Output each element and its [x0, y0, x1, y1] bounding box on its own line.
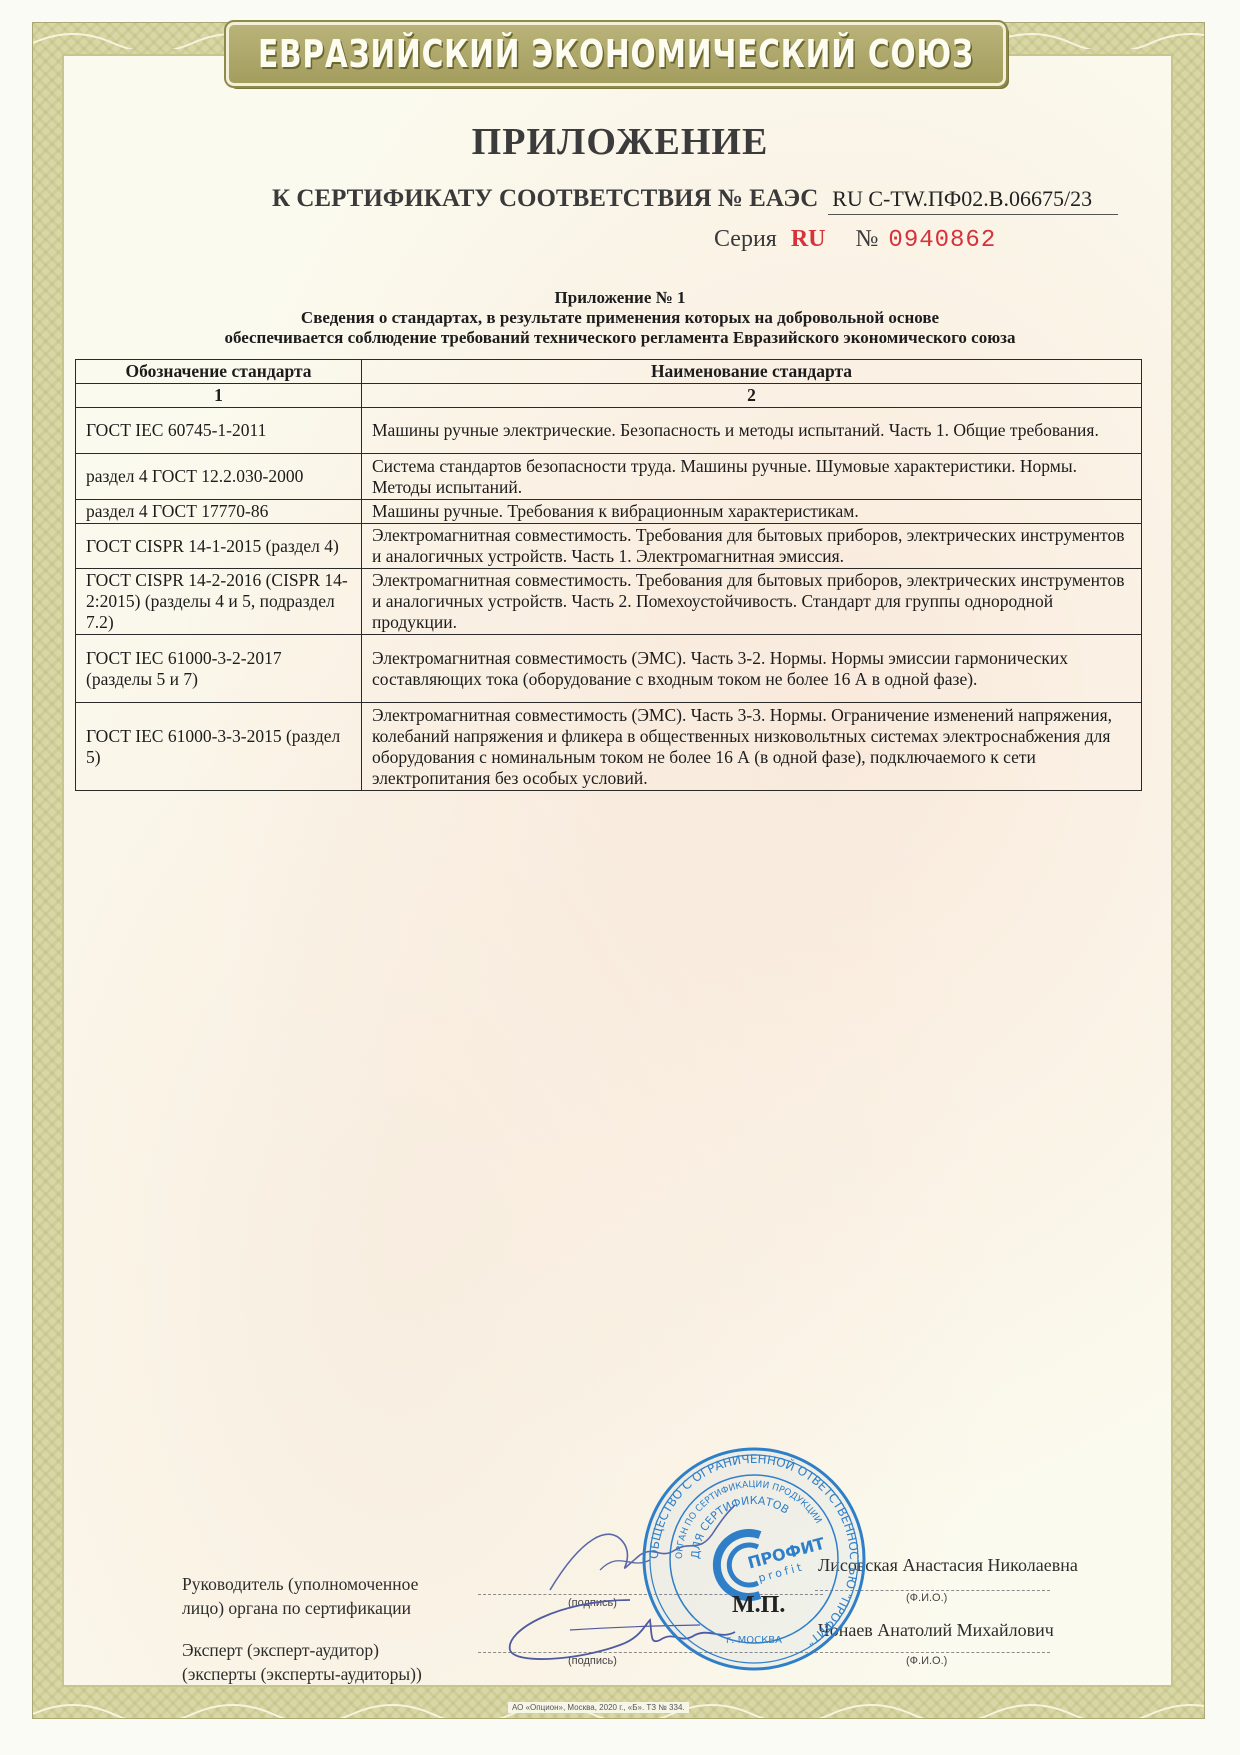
seal-placeholder: М.П. [732, 1592, 785, 1619]
expert-label-line-1: Эксперт (эксперт-аудитор) [182, 1638, 422, 1662]
expert-label-line-2: (эксперты (эксперты-аудиторы)) [182, 1662, 422, 1686]
head-name-caption: (Ф.И.О.) [906, 1592, 947, 1604]
column-header-name: Наименование стандарта [362, 360, 1142, 384]
standard-name: Система стандартов безопасности труда. М… [362, 454, 1142, 500]
expert-label: Эксперт (эксперт-аудитор) (эксперты (экс… [182, 1638, 422, 1686]
table-header-row: Обозначение стандарта Наименование станд… [76, 360, 1142, 384]
standard-code: ГОСТ CISPR 14-2-2016 (CISPR 14-2:2015) (… [76, 569, 362, 635]
table-row: ГОСТ IEC 60745-1-2011 Машины ручные элек… [76, 408, 1142, 454]
series-label: Серия [714, 226, 777, 253]
form-number: 0940862 [888, 227, 996, 254]
appendix-heading: Приложение № 1 Сведения о стандартах, в … [0, 288, 1240, 348]
table-row: ГОСТ CISPR 14-1-2015 (раздел 4) Электром… [76, 524, 1142, 569]
standard-code: ГОСТ IEC 60745-1-2011 [76, 408, 362, 454]
page-title: ПРИЛОЖЕНИЕ [0, 120, 1240, 164]
standard-code: ГОСТ IEC 61000-3-2-2017 (разделы 5 и 7) [76, 635, 362, 703]
standard-code: ГОСТ IEC 61000-3-3-2015 (раздел 5) [76, 703, 362, 791]
head-label-line-1: Руководитель (уполномоченное [182, 1572, 418, 1596]
column-number-2: 2 [362, 384, 1142, 408]
number-label: № [856, 226, 879, 253]
certificate-number: RU C-TW.ПФ02.В.06675/23 [828, 186, 1118, 215]
series-line: Серия RU № 0940862 [714, 226, 996, 254]
head-label-line-2: лицо) органа по сертификации [182, 1596, 418, 1620]
standard-code: раздел 4 ГОСТ 17770-86 [76, 500, 362, 524]
head-label: Руководитель (уполномоченное лицо) орган… [182, 1572, 418, 1620]
union-banner: ЕВРАЗИЙСКИЙ ЭКОНОМИЧЕСКИЙ СОЮЗ [226, 22, 1006, 86]
table-row: раздел 4 ГОСТ 12.2.030-2000 Система стан… [76, 454, 1142, 500]
certificate-line: К СЕРТИФИКАТУ СООТВЕТСТВИЯ № ЕАЭС RU C-T… [272, 185, 1118, 215]
standard-code: ГОСТ CISPR 14-1-2015 (раздел 4) [76, 524, 362, 569]
standard-name: Машины ручные. Требования к вибрационным… [362, 500, 1142, 524]
svg-text:г. МОСКВА: г. МОСКВА [726, 1635, 782, 1646]
column-number-1: 1 [76, 384, 362, 408]
banner-text: ЕВРАЗИЙСКИЙ ЭКОНОМИЧЕСКИЙ СОЮЗ [258, 32, 974, 76]
certification-body-stamp: ОБЩЕСТВО С ОГРАНИЧЕННОЙ ОТВЕТСТВЕННОСТЬЮ… [640, 1445, 868, 1673]
standard-name: Электромагнитная совместимость. Требован… [362, 569, 1142, 635]
certificate-label: К СЕРТИФИКАТУ СООТВЕТСТВИЯ № ЕАЭС [272, 185, 818, 213]
standard-name: Электромагнитная совместимость (ЭМС). Ча… [362, 635, 1142, 703]
appendix-line-1: Сведения о стандартах, в результате прим… [0, 308, 1240, 328]
standard-name: Электромагнитная совместимость (ЭМС). Ча… [362, 703, 1142, 791]
column-header-code: Обозначение стандарта [76, 360, 362, 384]
table-row: раздел 4 ГОСТ 17770-86 Машины ручные. Тр… [76, 500, 1142, 524]
series-value: RU [791, 226, 826, 253]
table-row: ГОСТ IEC 61000-3-3-2015 (раздел 5) Элект… [76, 703, 1142, 791]
expert-name-caption: (Ф.И.О.) [906, 1655, 947, 1667]
standard-code: раздел 4 ГОСТ 12.2.030-2000 [76, 454, 362, 500]
table-row: ГОСТ CISPR 14-2-2016 (CISPR 14-2:2015) (… [76, 569, 1142, 635]
table-row: ГОСТ IEC 61000-3-2-2017 (разделы 5 и 7) … [76, 635, 1142, 703]
standard-name: Машины ручные электрические. Безопасност… [362, 408, 1142, 454]
appendix-line-2: обеспечивается соблюдение требований тех… [0, 328, 1240, 348]
standards-table: Обозначение стандарта Наименование станд… [75, 359, 1142, 791]
printer-imprint: АО «Опцион», Москва, 2020 г., «Б». ТЗ № … [508, 1702, 689, 1713]
appendix-title: Приложение № 1 [0, 288, 1240, 308]
column-number-row: 1 2 [76, 384, 1142, 408]
standard-name: Электромагнитная совместимость. Требован… [362, 524, 1142, 569]
